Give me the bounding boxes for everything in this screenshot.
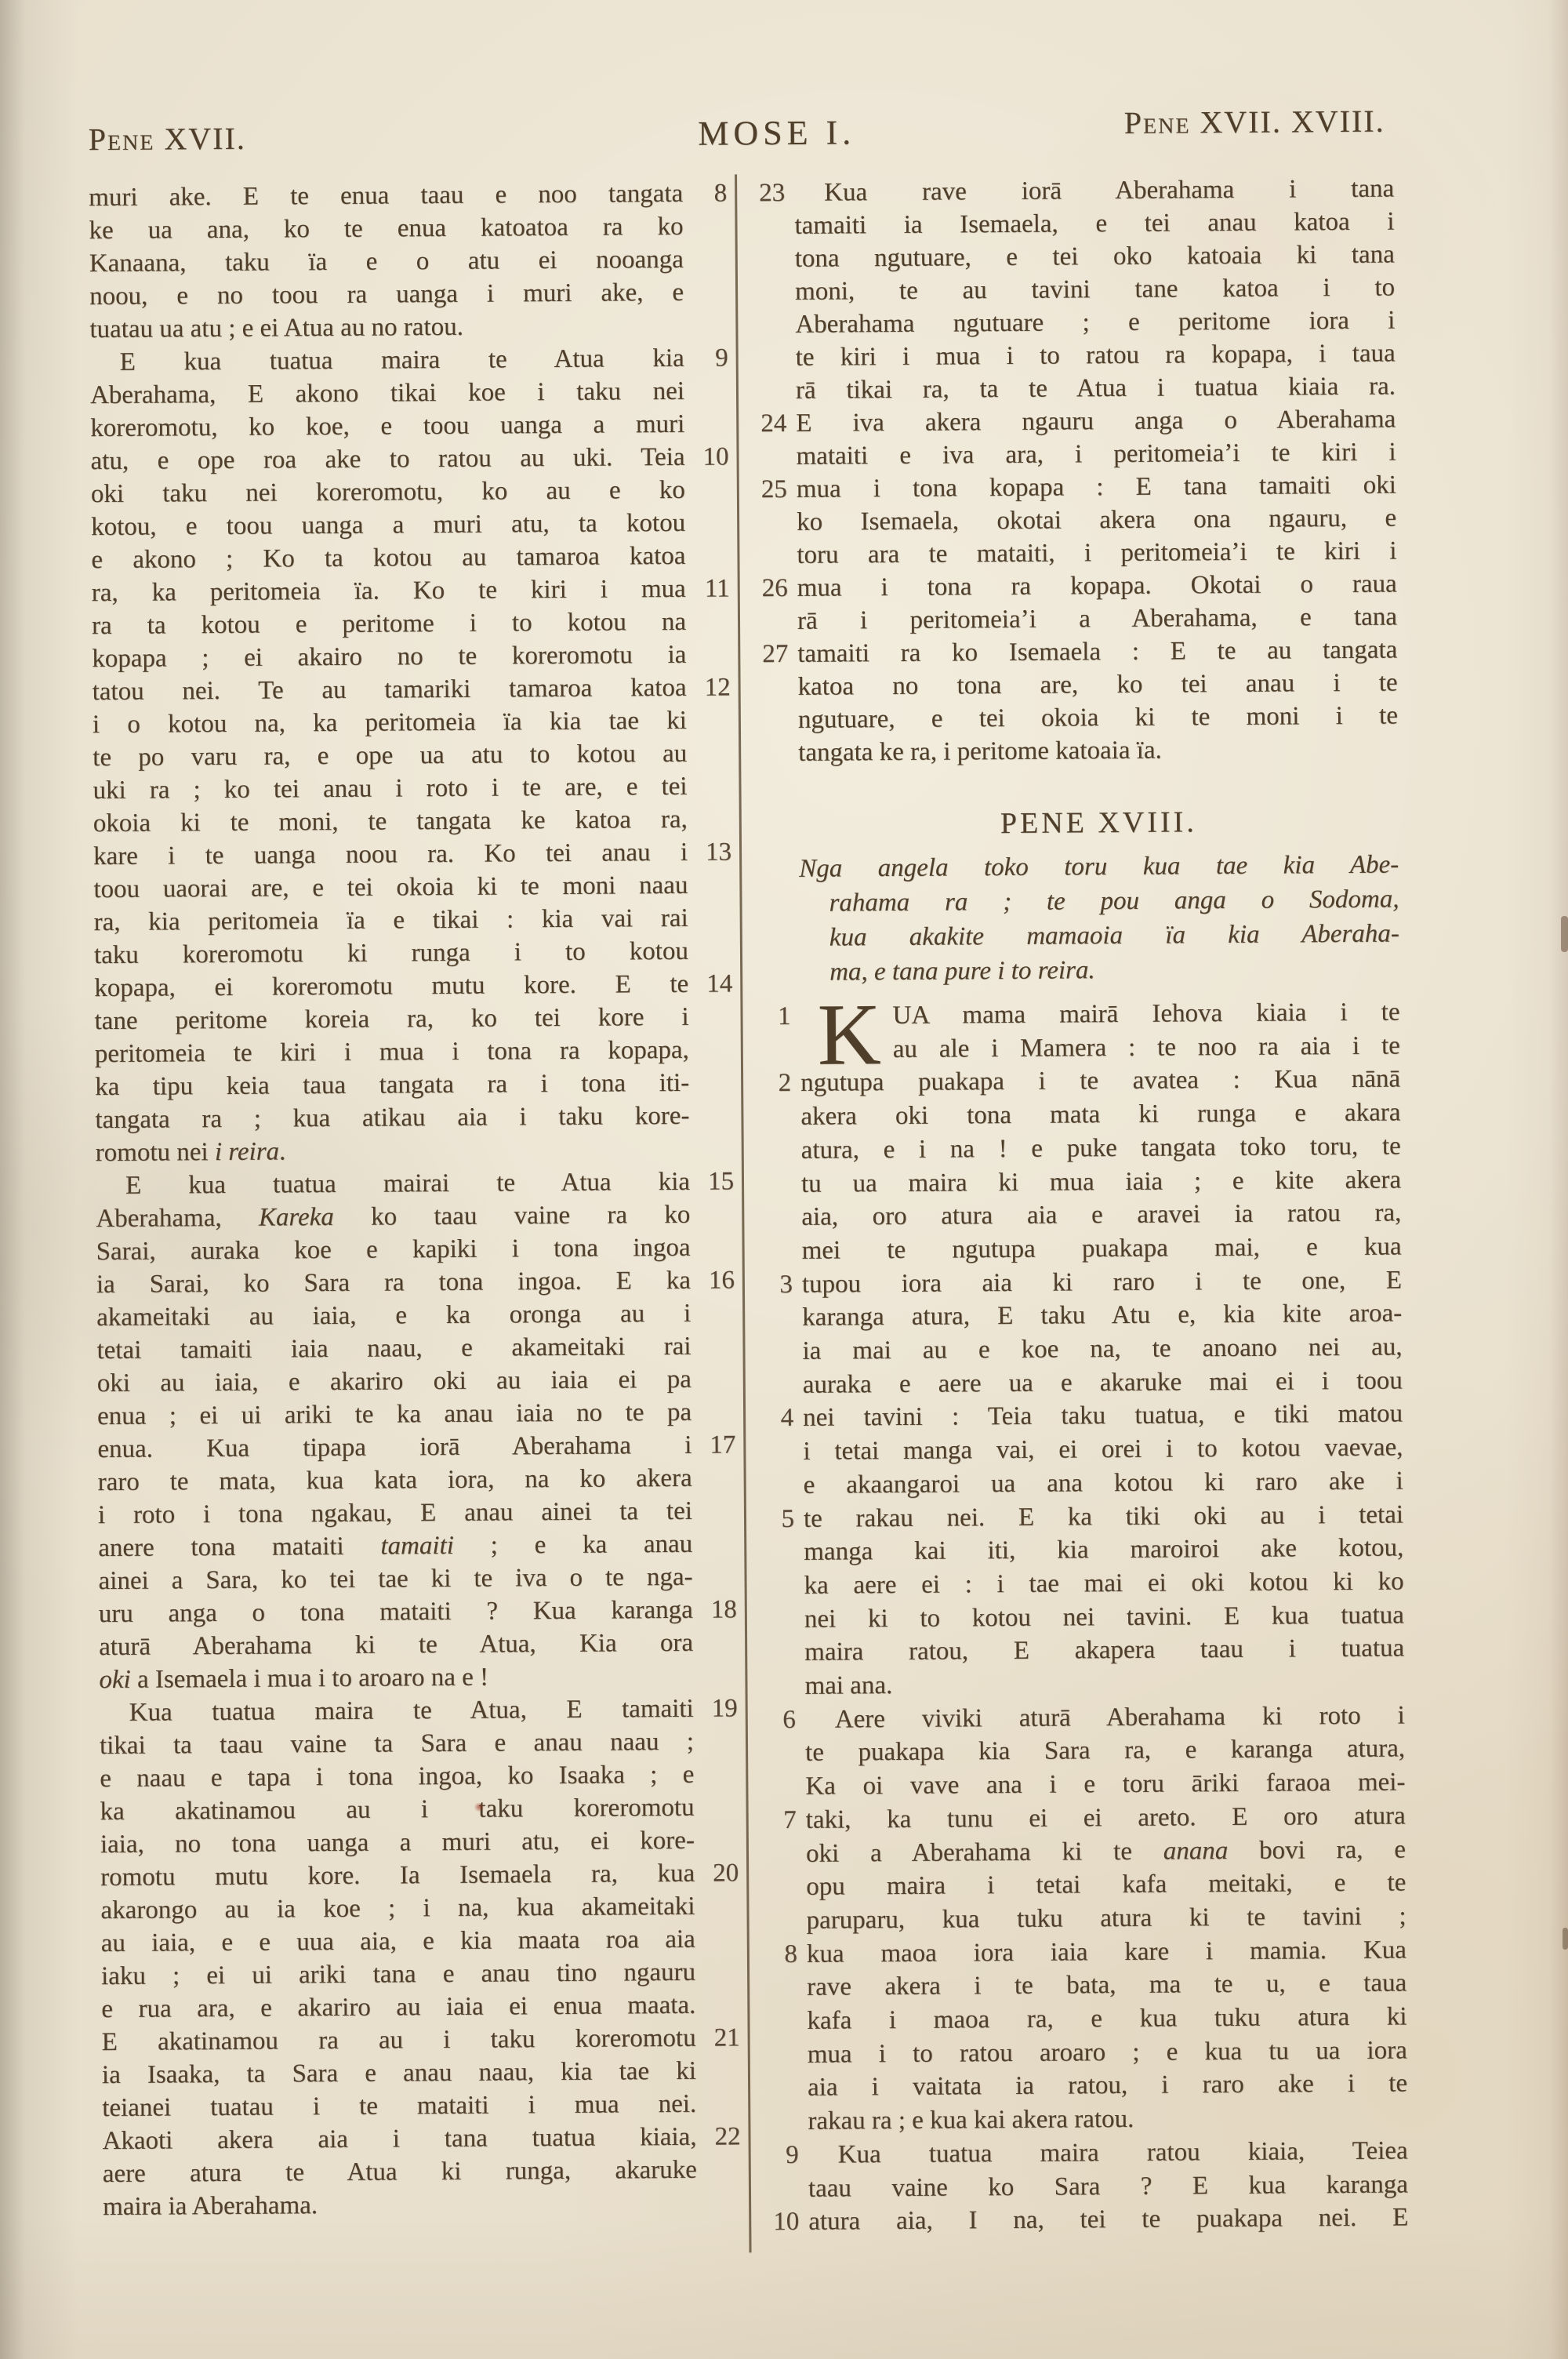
text-line: te puakapa kia Sara ra, e karanga atura,	[805, 1735, 1405, 1772]
text-run: UA mama mairā Iehova kiaia i te	[892, 998, 1399, 1030]
text-line: ra ta kotou e peritome i to kotou na	[92, 608, 686, 645]
text-run: te rakau nei. E ka tiki oki au i tetai	[804, 1500, 1403, 1532]
text-run: kare i te uanga noou ra. Ko tei anau i	[93, 838, 688, 871]
text-run: iaia, no tona uanga a muri atu, ei kore-	[100, 1826, 695, 1859]
text-run: uru anga o tona mataiti ? Kua karanga	[99, 1596, 693, 1628]
text-line: taki, ka tunu ei ei areto. E oro atura	[806, 1801, 1406, 1838]
verse-number: 9	[689, 343, 728, 376]
text-line: i o kotou na, ka peritomeia ïa kia tae k…	[93, 707, 687, 743]
text-run: bovi ra, e	[1228, 1835, 1406, 1865]
text-run: au ale i Mamera : te noo ra aia i te	[893, 1031, 1400, 1063]
text-line: ka aere ei : i tae mai ei oki kotou ki k…	[804, 1567, 1403, 1604]
text-run: taau vaine ko Sara ? E kua karanga	[808, 2170, 1408, 2202]
text-run: ko Isemaela, okotai akera ona ngauru, e	[797, 504, 1396, 536]
text-run: raro te mata, kua kata iora, na ko akera	[98, 1464, 692, 1496]
italic-text: tamaiti	[380, 1532, 454, 1561]
text-line: au iaia, e e uua aia, e kia maata roa ai…	[101, 1925, 695, 1962]
text-run: Kua tuatua maira te Atua, E tamaiti	[129, 1695, 694, 1727]
text-run: teianei tuatau i te mataiti i mua nei.	[102, 2090, 696, 2122]
verse-number: 2	[749, 1069, 791, 1102]
text-run: anere tona mataiti	[98, 1532, 380, 1563]
text-line: katoa no tona are, ko tei anau i te	[797, 669, 1397, 706]
text-line: aia, oro atura aia e aravei ia ratou ra,	[801, 1199, 1401, 1236]
running-head-title: MOSE I.	[698, 112, 855, 153]
text-line: opu maira i tetai kafa meitaki, e te	[806, 1869, 1406, 1906]
text-run: iaku ; ei ui ariki tana e anau tino ngau…	[101, 1958, 695, 1990]
text-line: ainei a Sara, ko tei tae ki te iva o te …	[98, 1563, 692, 1600]
verse-number: 15	[695, 1167, 734, 1200]
text-line: mei te ngutupa puakapa mai, e kua	[802, 1232, 1402, 1269]
chapter-summary-line: Nga angela toko toru kua tae kia Abe-	[799, 851, 1399, 888]
text-line: Kanaana, taku ïa e o atu ei nooanga	[89, 245, 684, 282]
text-run: toru ara te mataiti, i peritomeia’i te k…	[797, 537, 1396, 569]
scanned-book-page: Pene XVII. MOSE I. Pene XVII. XVIII. mur…	[0, 0, 1568, 2359]
text-line: mataiti e iva ara, i peritomeia’i te kir…	[796, 438, 1396, 475]
text-line: tona ngutuare, e tei oko katoaia ki tana	[795, 241, 1395, 278]
text-line: rave akera i te bata, ma te u, e taua	[807, 1969, 1406, 2006]
text-run: tuatau ua atu ; e ei Atua au no ratou.	[89, 313, 463, 343]
text-line: ngutuare, e tei okoia ki te moni i te	[798, 702, 1398, 739]
text-run: .	[279, 1137, 286, 1165]
text-run: e akaangaroi ua ana kotou ki raro ake i	[804, 1467, 1403, 1499]
text-line: i roto i tona ngakau, E anau ainei ta te…	[98, 1497, 692, 1534]
text-run: nei ki to kotou nei tavini. E kua tuatua	[804, 1601, 1404, 1633]
verse-number: 25	[745, 475, 787, 508]
text-line: e rua ara, e akariro au iaia ei enua maa…	[101, 1991, 695, 2028]
text-line: Aberahama, Kareka ko taau vaine ra ko	[96, 1201, 690, 1238]
text-line: kafa i maoa ra, e kua tuku atura ki	[807, 2002, 1406, 2039]
text-line: tu ua maira ki mua iaia ; e kite akera	[801, 1165, 1401, 1202]
verse-number: 23	[742, 179, 785, 212]
text-line: kopapa ; ei akairo no te koreromotu ia	[92, 641, 686, 678]
text-line: rā tikai ra, ta te Atua i tuatua kiaia r…	[796, 373, 1396, 409]
text-line: Sarai, auraka koe e kapiki i tona ingoa	[96, 1234, 690, 1270]
text-run: Kua rave iorā Aberahama i tana	[824, 175, 1394, 207]
text-line: te po varu ra, e ope ua atu to kotou au	[93, 740, 687, 776]
verse-number: 17	[696, 1430, 735, 1463]
verse-number: 24	[744, 409, 786, 442]
page-edge-nick	[1563, 1928, 1568, 1950]
text-line: kare i te uanga noou ra. Ko tei anau i	[93, 838, 688, 875]
text-line: ra, ka peritomeia ïa. Ko te kiri i mua	[92, 575, 686, 612]
verse-number: 26	[746, 574, 788, 607]
text-run: atu, e ope roa ake to ratou au uki. Teia	[90, 443, 684, 475]
running-head-right: Pene XVII. XVIII.	[1124, 103, 1385, 141]
text-line: oki taku nei koreromotu, ko au e ko	[91, 476, 685, 513]
text-run: rā i peritomeia’i a Aberahama, e tana	[797, 603, 1397, 635]
text-run: kotou, e toou uanga a muri atu, ta kotou	[91, 509, 685, 541]
text-run: E kua tuatua mairai te Atua kia	[125, 1168, 690, 1200]
text-run: i roto i tona ngakau, E anau ainei ta te…	[98, 1497, 692, 1529]
text-line: Aere viviki aturā Aberahama ki roto i	[805, 1701, 1405, 1738]
text-run: oki a Aberahama ki te	[806, 1837, 1163, 1867]
text-line: ngutupa puakapa i te avatea : Kua nānā	[800, 1065, 1400, 1102]
text-run: tona ngutuare, e tei oko katoaia ki tana	[795, 241, 1395, 273]
text-run: rahama ra ; te pou anga o Sodoma,	[829, 885, 1399, 918]
text-line: ke ua ana, ko te enua katoatoa ra ko	[89, 213, 683, 249]
text-line: taau vaine ko Sara ? E kua karanga	[808, 2170, 1408, 2207]
verse-number: 22	[701, 2122, 740, 2155]
text-line: noou, e no toou ra uanga i muri ake, e	[89, 278, 684, 315]
verse-number: 1	[748, 1002, 790, 1035]
verse-number: 20	[699, 1859, 739, 1892]
text-run: a Isemaela i mua i to aroaro na e !	[131, 1663, 489, 1694]
text-line: atu, e ope roa ake to ratou au uki. Teia	[90, 443, 684, 480]
text-run: mua i to ratou aroaro ; e kua tu ua iora	[808, 2036, 1407, 2068]
verse-number: 4	[751, 1404, 793, 1437]
verse-number: 9	[757, 2141, 799, 2174]
text-line: aere atura te Atua ki runga, akaruke	[103, 2156, 697, 2193]
text-line: iaia, no tona uanga a muri atu, ei kore-	[100, 1826, 695, 1863]
text-line: moni, te au tavini tane katoa i to	[795, 274, 1395, 311]
text-line: aia i vaitata ia ratou, i raro ake i te	[808, 2070, 1407, 2106]
text-run: ko taau vaine ra ko	[334, 1201, 691, 1231]
text-run: ma, e tana pure i to reira.	[829, 956, 1095, 986]
text-run: aia, oro atura aia e aravei ia ratou ra,	[801, 1199, 1401, 1231]
italic-text: i reira	[215, 1137, 279, 1166]
text-run: romotu mutu kore. Ia Isemaela ra, kua	[100, 1859, 695, 1892]
text-run: kua maoa iora iaia kare i mamia. Kua	[807, 1936, 1406, 1968]
text-run: E iva akera ngauru anga o Aberahama	[796, 405, 1396, 438]
text-run: opu maira i tetai kafa meitaki, e te	[806, 1869, 1406, 1901]
text-run: Aberahama ngutuare ; e peritome iora i	[795, 307, 1395, 339]
text-run: atura aia, I na, tei te puakapa nei. E	[808, 2204, 1408, 2236]
text-line: ia mai au e koe na, te anoano nei au,	[802, 1333, 1402, 1370]
text-run: ka akatinamou au i taku koreromotu	[100, 1794, 694, 1826]
verse-number: 19	[699, 1694, 738, 1727]
text-line: auraka e aere ua e akaruke mai ei i toou	[803, 1366, 1403, 1403]
text-line: toru ara te mataiti, i peritomeia’i te k…	[797, 537, 1396, 574]
text-run: mataiti e iva ara, i peritomeia’i te kir…	[796, 438, 1396, 471]
text-run: i tetai manga vai, ei orei i to kotou va…	[803, 1434, 1403, 1466]
text-run: oki taku nei koreromotu, ko au e ko	[91, 476, 685, 508]
text-line: tupou iora aia ki raro i te one, E	[802, 1266, 1402, 1303]
verse-number: 27	[746, 640, 788, 673]
text-run: te po varu ra, e ope ua atu to kotou au	[93, 740, 687, 772]
text-line: Kua tuatua maira ratou kiaia, Teiea	[808, 2136, 1408, 2173]
text-run: ngutupa puakapa i te avatea : Kua nānā	[800, 1065, 1400, 1097]
text-line: enua. Kua tipapa iorā Aberahama i	[97, 1431, 691, 1468]
text-run: nei tavini : Teia taku tuatua, e tiki ma…	[803, 1400, 1403, 1432]
text-line: tamaiti ra ko Isemaela : E te au tangata	[797, 636, 1397, 673]
text-run: Ka oi vave ana i e toru āriki faraoa mei…	[805, 1768, 1405, 1801]
text-line: muri ake. E te enua taau e noo tangata	[89, 180, 683, 216]
text-run: ra, kia peritomeia ïa e tikai : kia vai …	[94, 904, 688, 936]
page-sheet: Pene XVII. MOSE I. Pene XVII. XVIII. mur…	[0, 0, 1568, 2359]
text-run: tane peritome koreia ra, ko tei kore i	[94, 1003, 688, 1035]
text-run: akameitaki au iaia, e ka oronga au i	[96, 1299, 691, 1332]
text-run: tamaiti ra ko Isemaela : E te au tangata	[797, 636, 1397, 668]
verse-number: 18	[698, 1595, 737, 1628]
text-run: au iaia, e e uua aia, e kia maata roa ai…	[101, 1925, 695, 1957]
text-run: kopapa, ei koreromotu mutu kore. E te	[94, 970, 688, 1002]
text-line: E kua tuatua mairai te Atua kia	[96, 1168, 690, 1205]
text-run: ainei a Sara, ko tei tae ki te iva o te …	[98, 1563, 692, 1595]
text-line: mua i tona kopapa : E tana tamaiti oki	[797, 471, 1396, 508]
text-run: oki au iaia, e akariro oki au iaia ei pa	[97, 1365, 691, 1398]
text-run: ra ta kotou e peritome i to kotou na	[92, 608, 686, 640]
page-edge-nick	[1561, 916, 1568, 952]
text-run: tangata ra ; kua atikau aia i taku kore-	[95, 1102, 689, 1134]
text-run: Aberahama,	[96, 1204, 259, 1233]
text-line: oki a Aberahama ki te anana bovi ra, e	[806, 1835, 1406, 1872]
text-run: enua ; ei ui ariki te ka anau iaia no te…	[97, 1398, 691, 1430]
text-line: mua i tona ra kopapa. Okotai o raua	[797, 570, 1397, 607]
text-run: karanga atura, E taku Atu e, kia kite ar…	[802, 1299, 1402, 1332]
text-line: rakau ra ; e kua kai akera ratou.	[808, 2103, 1407, 2140]
text-line: tane peritome koreia ra, ko tei kore i	[94, 1003, 688, 1040]
text-line: nei tavini : Teia taku tuatua, e tiki ma…	[803, 1400, 1403, 1437]
text-run: noou, e no toou ra uanga i muri ake, e	[89, 278, 684, 311]
verse-number: 3	[750, 1270, 793, 1303]
text-run: rā tikai ra, ta te Atua i tuatua kiaia r…	[796, 373, 1396, 405]
text-run: Kanaana, taku ïa e o atu ei nooanga	[89, 245, 684, 278]
text-run: Kua tuatua maira ratou kiaia, Teiea	[838, 2136, 1408, 2168]
text-line: paruparu, kua tuku atura ki te tavini ;	[806, 1902, 1406, 1939]
text-line: ia Isaaka, ta Sara e anau naau, kia tae …	[102, 2057, 696, 2094]
verse-number: 14	[693, 969, 732, 1002]
text-line: Akaoti akera aia i tana tuatua kiaia,	[102, 2123, 696, 2160]
text-line: E iva akera ngauru anga o Aberahama	[796, 405, 1396, 442]
text-line: kotou, e toou uanga a muri atu, ta kotou	[91, 509, 685, 546]
text-run: romotu nei	[96, 1138, 215, 1167]
text-run: maira ia Aberahama.	[103, 2191, 318, 2221]
text-line: E kua tuatua maira te Atua kia	[90, 344, 684, 381]
text-run: kafa i maoa ra, e kua tuku atura ki	[807, 2002, 1406, 2034]
ink-blemish	[474, 1803, 485, 1812]
text-run: Sarai, auraka koe e kapiki i tona ingoa	[96, 1234, 690, 1266]
text-line: okoia ki te moni, te tangata ke katoa ra…	[93, 805, 688, 842]
text-run: mei te ngutupa puakapa mai, e kua	[802, 1232, 1402, 1264]
text-run: uki ra ; ko tei anau i roto i te are, e …	[93, 772, 687, 805]
text-run: ka tipu keia taua tangata ra i tona iti-	[95, 1069, 689, 1101]
text-run: taku koreromotu ki runga i to kotou	[94, 937, 688, 969]
italic-text: anana	[1163, 1837, 1229, 1866]
text-line: Aberahama ngutuare ; e peritome iora i	[795, 307, 1395, 343]
running-head-left: Pene XVII.	[89, 120, 246, 158]
text-line: romotu nei i reira.	[96, 1135, 690, 1172]
text-run: tangata ke ra, i peritome katoaia ïa.	[798, 736, 1162, 767]
text-run: tu ua maira ki mua iaia ; e kite akera	[801, 1165, 1401, 1198]
text-line: E akatinamou ra au i taku koreromotu	[102, 2024, 696, 2061]
text-run: ngutuare, e tei okoia ki te moni i te	[798, 702, 1398, 734]
text-line: tuatau ua atu ; e ei Atua au no ratou.	[89, 311, 684, 348]
text-line: anere tona mataiti tamaiti ; e ka anau	[98, 1530, 692, 1567]
text-line: mai ana.	[804, 1667, 1404, 1704]
text-run: tamaiti ia Isemaela, e tei anau katoa i	[794, 208, 1394, 240]
text-run: peritomeia te kiri i mua i tona ra kopap…	[95, 1036, 689, 1068]
text-line: au ale i Mamera : te noo ra aia i te	[800, 1031, 1400, 1068]
text-line: ra, kia peritomeia ïa e tikai : kia vai …	[94, 904, 688, 941]
italic-text: Kareka	[259, 1203, 334, 1232]
text-run: te puakapa kia Sara ra, e karanga atura,	[805, 1735, 1405, 1767]
text-run: e akono ; Ko ta kotou au tamaroa katoa	[91, 542, 685, 574]
verse-number: 12	[691, 673, 730, 706]
italic-text: oki	[99, 1666, 131, 1694]
text-line: atura aia, I na, tei te puakapa nei. E	[808, 2204, 1408, 2241]
text-line: peritomeia te kiri i mua i tona ra kopap…	[95, 1036, 689, 1073]
text-run: rakau ra ; e kua kai akera ratou.	[808, 2105, 1134, 2135]
text-line: tatou nei. Te au tamariki tamaroa katoa	[93, 674, 687, 711]
text-line: Aberahama, E akono tikai koe i taku nei	[90, 377, 684, 414]
text-run: katoa no tona are, ko tei anau i te	[797, 669, 1397, 701]
text-line: manga kai iti, kia maroiroi ake kotou,	[804, 1534, 1403, 1571]
text-run: ka aere ei : i tae mai ei oki kotou ki k…	[804, 1567, 1403, 1599]
text-line: akarongo au ia koe ; i na, kua akameitak…	[100, 1892, 695, 1929]
text-run: te kiri i mua i to ratou ra kopapa, i ta…	[796, 340, 1396, 372]
text-line: iaku ; ei ui ariki tana e anau tino ngau…	[101, 1958, 695, 1995]
text-run: ke ua ana, ko te enua katoatoa ra ko	[89, 213, 683, 245]
text-run: tatou nei. Te au tamariki tamaroa katoa	[93, 674, 687, 706]
text-run: tupou iora aia ki raro i te one, E	[802, 1266, 1402, 1298]
text-line: uru anga o tona mataiti ? Kua karanga	[99, 1596, 693, 1633]
text-line: tamaiti ia Isemaela, e tei anau katoa i	[794, 208, 1394, 245]
verse-number: 7	[754, 1806, 797, 1839]
text-line: maira ratou, E akapera taau i tuatua	[804, 1634, 1404, 1671]
text-line: mua i to ratou aroaro ; e kua tu ua iora	[808, 2036, 1407, 2073]
text-line: te rakau nei. E ka tiki oki au i tetai	[804, 1500, 1403, 1537]
text-line: ko Isemaela, okotai akera ona ngauru, e	[797, 504, 1396, 541]
text-line: tangata ke ra, i peritome katoaia ïa.	[798, 735, 1398, 772]
text-run: koreromotu, ko koe, e toou uanga a muri	[90, 410, 684, 442]
verse-number: 16	[695, 1266, 735, 1299]
text-run: enua. Kua tipapa iorā Aberahama i	[97, 1431, 691, 1463]
text-run: aere atura te Atua ki runga, akaruke	[103, 2156, 697, 2188]
text-line: ka akatinamou au i taku koreromotu	[100, 1794, 694, 1830]
text-line: raro te mata, kua kata iora, na ko akera	[98, 1464, 692, 1501]
verse-number: 6	[753, 1706, 796, 1739]
text-run: e rua ara, e akariro au iaia ei enua maa…	[101, 1991, 695, 2023]
verse-number: 11	[691, 574, 730, 607]
text-run: ia Sarai, ko Sara ra tona ingoa. E ka	[96, 1267, 691, 1299]
text-run: Akaoti akera aia i tana tuatua kiaia,	[102, 2123, 696, 2155]
text-line: tetai tamaiti iaia naau, e akameitaki ra…	[96, 1332, 691, 1369]
text-line: kua maoa iora iaia kare i mamia. Kua	[807, 1936, 1406, 1972]
text-run: i o kotou na, ka peritomeia ïa kia tae k…	[93, 707, 687, 739]
verse-number: 10	[689, 442, 728, 475]
text-run: kua akakite mamaoia ïa kia Aberaha-	[829, 920, 1399, 952]
text-line: akameitaki au iaia, e ka oronga au i	[96, 1299, 691, 1336]
text-line: toou uaorai are, e tei okoia ki te moni …	[93, 871, 688, 908]
text-run: akera oki tona mata ki runga e akara	[800, 1099, 1400, 1131]
text-run: kopapa ; ei akairo no te koreromotu ia	[92, 641, 686, 673]
verse-number: 13	[692, 838, 731, 871]
text-run: tetai tamaiti iaia naau, e akameitaki ra…	[96, 1332, 691, 1365]
right-verse-numbers: 232425262712345678910	[742, 179, 799, 2257]
text-run: ; e ka anau	[454, 1530, 693, 1560]
text-line: teianei tuatau i te mataiti i mua nei.	[102, 2090, 696, 2127]
text-line: kopapa, ei koreromotu mutu kore. E te	[94, 970, 688, 1007]
text-line: e naau e tapa i tona ingoa, ko Isaaka ; …	[100, 1761, 694, 1797]
text-run: aia i vaitata ia ratou, i raro ake i te	[808, 2070, 1407, 2102]
text-run: ia Isaaka, ta Sara e anau naau, kia tae …	[102, 2057, 696, 2089]
text-run: mua i tona ra kopapa. Okotai o raua	[797, 570, 1397, 602]
text-run: aturā Aberahama ki te Atua, Kia ora	[99, 1629, 693, 1661]
left-text-column: muri ake. E te enua taau e noo tangatake…	[89, 180, 697, 2262]
text-line: UA mama mairā Iehova kiaia i te	[800, 998, 1399, 1035]
text-line: e akaangaroi ua ana kotou ki raro ake i	[804, 1467, 1403, 1503]
text-line: akera oki tona mata ki runga e akara	[800, 1099, 1400, 1136]
text-run: manga kai iti, kia maroiroi ake kotou,	[804, 1534, 1403, 1566]
text-run: akarongo au ia koe ; i na, kua akameitak…	[100, 1892, 695, 1925]
text-line: oki au iaia, e akariro oki au iaia ei pa	[97, 1365, 691, 1402]
text-run: okoia ki te moni, te tangata ke katoa ra…	[93, 805, 688, 838]
text-run: tikai ta taau vaine ta Sara e anau naau …	[100, 1728, 694, 1760]
text-line: romotu mutu kore. Ia Isemaela ra, kua	[100, 1859, 695, 1896]
text-run: E kua tuatua maira te Atua kia	[120, 344, 684, 376]
text-line: rā i peritomeia’i a Aberahama, e tana	[797, 603, 1397, 640]
left-verse-numbers: 8910111213141516171819202122	[688, 179, 741, 2257]
text-line: koreromotu, ko koe, e toou uanga a muri	[90, 410, 684, 447]
text-line: nei ki to kotou nei tavini. E kua tuatua	[804, 1601, 1404, 1637]
text-line: maira ia Aberahama.	[103, 2189, 697, 2226]
verse-number: 5	[752, 1504, 794, 1537]
text-run: ia mai au e koe na, te anoano nei au,	[802, 1333, 1402, 1365]
text-line: e akono ; Ko ta kotou au tamaroa katoa	[91, 542, 685, 579]
text-line: Ka oi vave ana i e toru āriki faraoa mei…	[805, 1768, 1405, 1805]
text-run: toou uaorai are, e tei okoia ki te moni …	[93, 871, 688, 903]
verse-number: 8	[755, 1940, 797, 1973]
text-line: tikai ta taau vaine ta Sara e anau naau …	[100, 1728, 694, 1765]
text-run: ra, ka peritomeia ïa. Ko te kiri i mua	[92, 575, 686, 607]
text-line: aturā Aberahama ki te Atua, Kia ora	[99, 1629, 693, 1666]
verse-number: 10	[757, 2208, 799, 2241]
text-run: taki, ka tunu ei ei areto. E oro atura	[806, 1801, 1406, 1834]
text-run: e naau e tapa i tona ingoa, ko Isaaka ; …	[100, 1761, 694, 1793]
text-line: tangata ra ; kua atikau aia i taku kore-	[95, 1102, 689, 1139]
text-line: enua ; ei ui ariki te ka anau iaia no te…	[97, 1398, 691, 1435]
text-line: Kua rave iorā Aberahama i tana	[794, 175, 1394, 212]
text-run: rave akera i te bata, ma te u, e taua	[807, 1969, 1406, 2001]
text-line: ka tipu keia taua tangata ra i tona iti-	[95, 1069, 689, 1106]
text-run: muri ake. E te enua taau e noo tangata	[89, 180, 683, 212]
text-run: atura, e i na ! e puke tangata toko toru…	[801, 1132, 1401, 1164]
text-line: atura, e i na ! e puke tangata toko toru…	[801, 1132, 1401, 1169]
text-run: moni, te au tavini tane katoa i to	[795, 274, 1395, 306]
text-run: Aere viviki aturā Aberahama ki roto i	[835, 1701, 1405, 1733]
text-line: uki ra ; ko tei anau i roto i te are, e …	[93, 772, 687, 809]
text-line: te kiri i mua i to ratou ra kopapa, i ta…	[796, 340, 1396, 376]
chapter-summary-line: kua akakite mamaoia ïa kia Aberaha-	[800, 920, 1399, 957]
text-run: E akatinamou ra au i taku koreromotu	[102, 2024, 696, 2056]
text-run: auraka e aere ua e akaruke mai ei i toou	[803, 1366, 1403, 1398]
text-run: mua i tona kopapa : E tana tamaiti oki	[797, 471, 1396, 503]
text-line: oki a Isemaela i mua i to aroaro na e !	[99, 1662, 693, 1699]
right-text-column: Kua rave iorā Aberahama i tanatamaiti ia…	[794, 175, 1408, 2257]
chapter-summary-line: ma, e tana pure i to reira.	[800, 954, 1399, 991]
text-run: Nga angela toko toru kua tae kia Abe-	[799, 851, 1399, 883]
chapter-summary-line: rahama ra ; te pou anga o Sodoma,	[799, 885, 1399, 922]
text-run: Aberahama, E akono tikai koe i taku nei	[90, 377, 684, 409]
chapter-heading: PENE XVIII.	[799, 804, 1399, 842]
text-run: paruparu, kua tuku atura ki te tavini ;	[806, 1902, 1406, 1934]
text-line: Kua tuatua maira te Atua, E tamaiti	[100, 1695, 694, 1732]
verse-number: 21	[701, 2023, 740, 2056]
text-line: karanga atura, E taku Atu e, kia kite ar…	[802, 1299, 1402, 1336]
text-run: mai ana.	[804, 1671, 892, 1700]
verse-number: 8	[688, 179, 727, 212]
text-line: i tetai manga vai, ei orei i to kotou va…	[803, 1434, 1403, 1470]
text-run: maira ratou, E akapera taau i tuatua	[804, 1634, 1404, 1667]
text-line: ia Sarai, ko Sara ra tona ingoa. E ka	[96, 1267, 691, 1303]
text-line: taku koreromotu ki runga i to kotou	[94, 937, 688, 974]
